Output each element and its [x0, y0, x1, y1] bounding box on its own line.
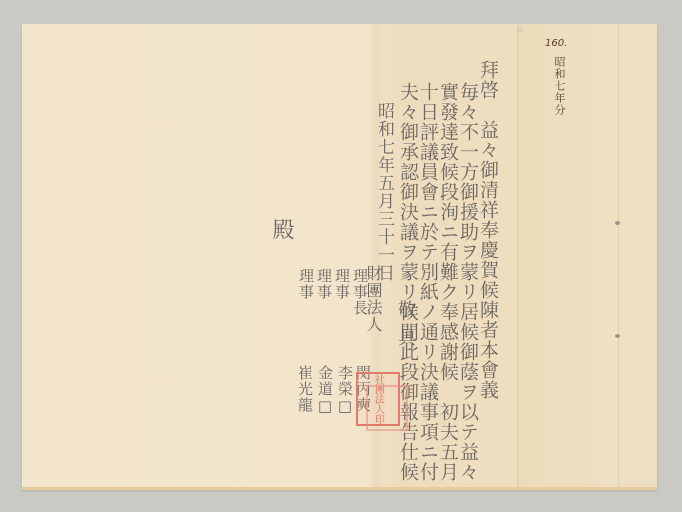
body-line-1: 拜啓 益々御清祥奉慶賀候陳者本會義: [478, 60, 497, 400]
addressee-honorific: 殿: [270, 218, 292, 241]
attached-flap: [517, 24, 619, 490]
letter-date: 昭和七年五月三十一日: [375, 102, 392, 282]
signatory-title-3: 理事: [316, 268, 331, 300]
body-line-2: 毎々不一方御援助ヲ蒙リ居候御蔭ヲ以テ益々: [458, 82, 477, 482]
paper-edge: [22, 487, 657, 490]
personal-seal-icon: [366, 385, 408, 431]
signatory-name-3: 金道□: [317, 365, 332, 416]
signatory-title-2: 理事: [334, 268, 349, 300]
closing: 敬具: [396, 300, 414, 356]
body-line-3: 實發達致候段洵ニ有難ク奉感謝候 初夫五月: [438, 82, 457, 482]
archive-number: 160.: [545, 38, 567, 49]
signatory-title-4: 理事: [298, 268, 313, 300]
binding-hole-icon: [615, 221, 620, 225]
body-line-4: 十日評議員會ニ於テ別紙ノ通リ決議事項ニ付: [418, 82, 437, 482]
archive-year-note: 昭和七年分: [551, 56, 567, 116]
binding-hole-icon: [615, 334, 620, 338]
signatory-name-2: 李榮□: [337, 365, 352, 416]
signatory-name-4: 崔光龍: [297, 365, 312, 413]
signatory-title-1: 理事長: [352, 268, 367, 316]
